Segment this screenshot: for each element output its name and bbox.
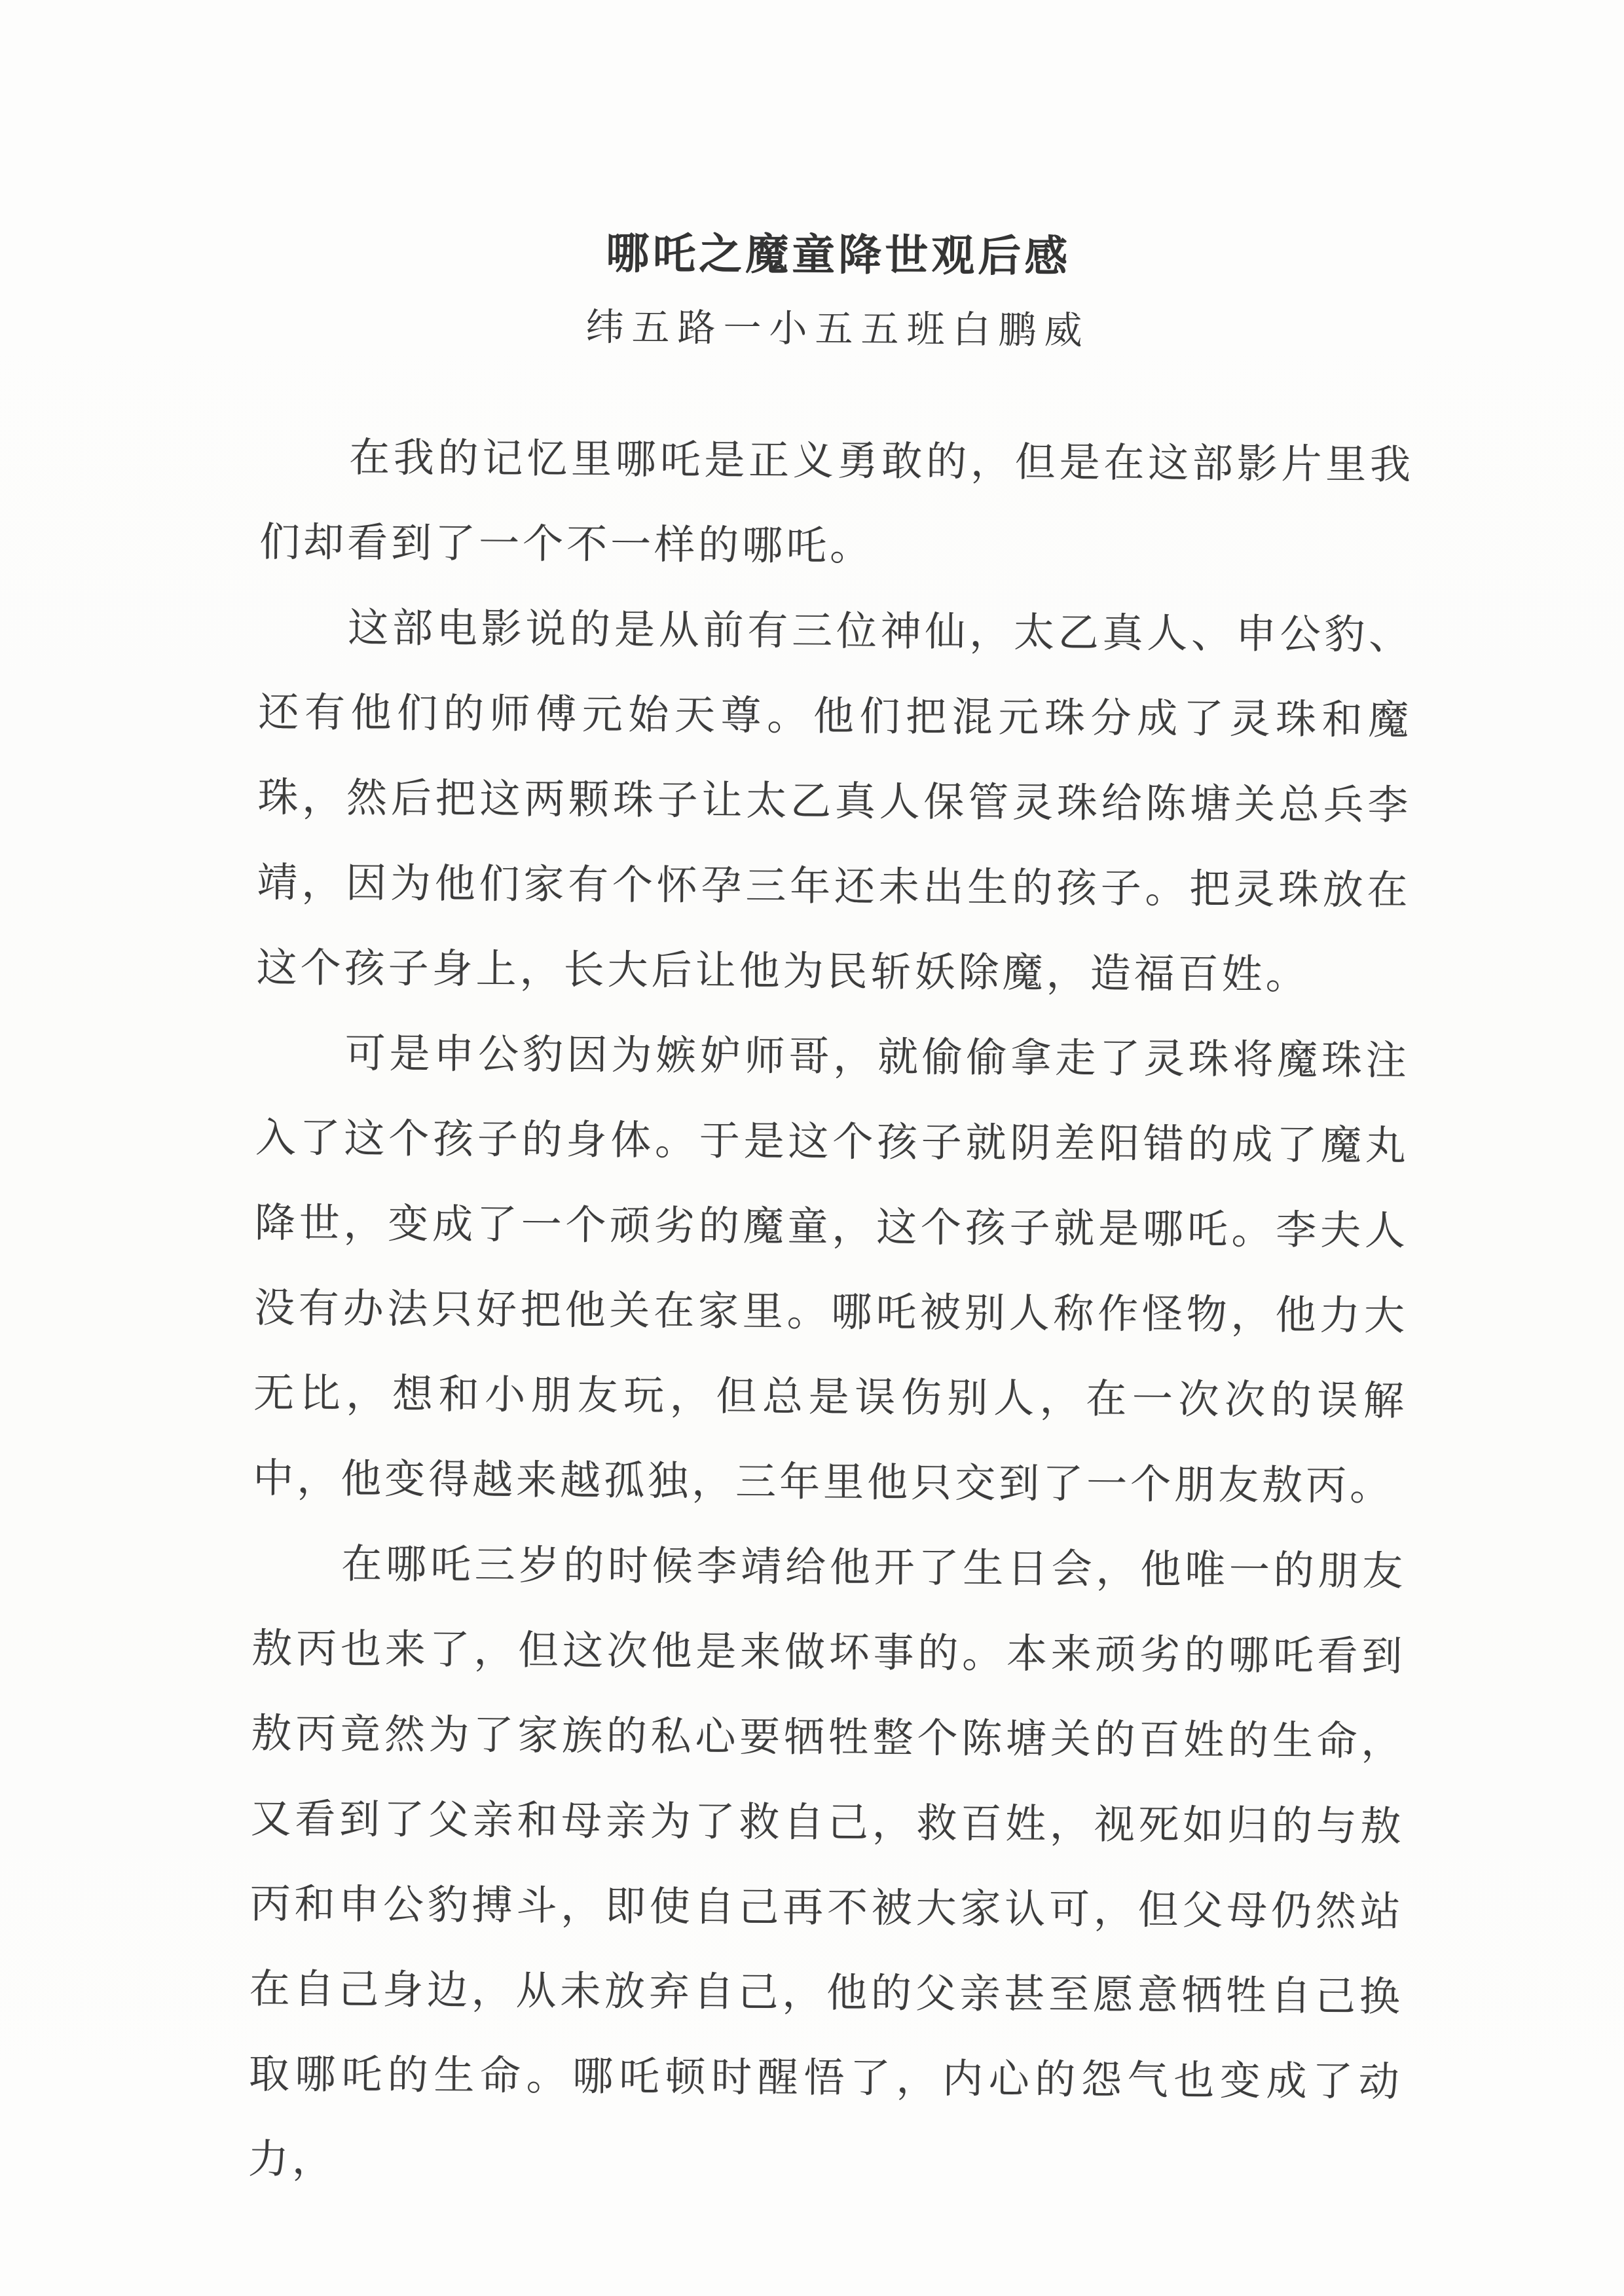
document-body: 在我的记忆里哪吒是正义勇敢的，但是在这部影片里我们却看到了一个不一样的哪吒。 这… <box>248 415 1414 2210</box>
paragraph: 可是申公豹因为嫉妒师哥，就偷偷拿走了灵珠将魔珠注入了这个孩子的身体。于是这个孩子… <box>253 1011 1410 1529</box>
paragraph: 在我的记忆里哪吒是正义勇敢的，但是在这部影片里我们却看到了一个不一样的哪吒。 <box>259 415 1414 593</box>
document-title: 哪吒之魔童降世观后感 <box>261 216 1416 286</box>
document-page: 哪吒之魔童降世观后感 纬五路一小五五班白鹏威 在我的记忆里哪吒是正义勇敢的，但是… <box>0 0 1624 2296</box>
paragraph: 在哪吒三岁的时候李靖给他开了生日会，他唯一的朋友敖丙也来了，但这次他是来做坏事的… <box>248 1522 1406 2210</box>
paragraph: 这部电影说的是从前有三位神仙，太乙真人、申公豹、还有他们的师傅元始天尊。他们把混… <box>256 585 1412 1019</box>
document-content: 哪吒之魔童降世观后感 纬五路一小五五班白鹏威 在我的记忆里哪吒是正义勇敢的，但是… <box>248 0 1417 2296</box>
document-byline: 纬五路一小五五班白鹏威 <box>261 294 1415 357</box>
